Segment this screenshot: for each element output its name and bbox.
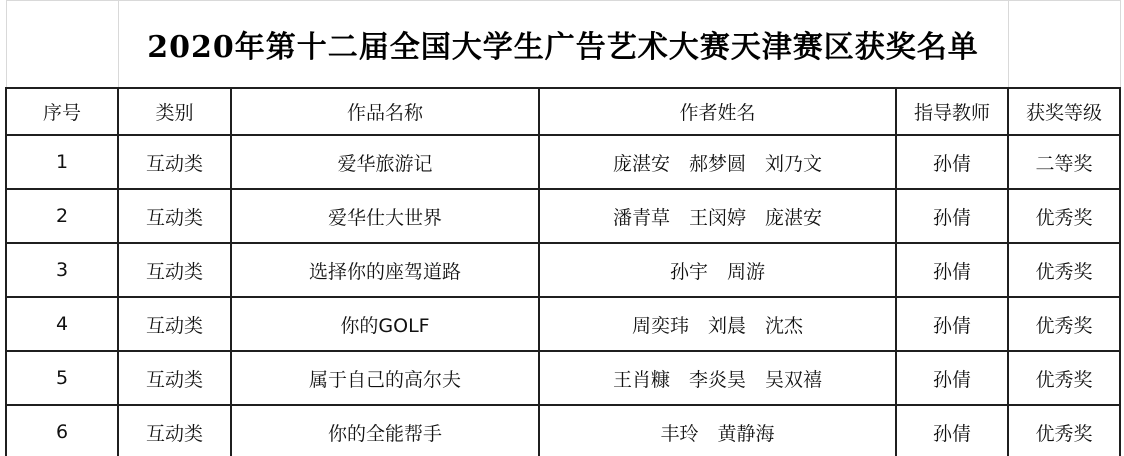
cell-category: 互动类 [118,135,231,189]
cell-award: 优秀奖 [1008,189,1120,243]
cell-authors: 丰玲 黄静海 [539,405,896,456]
cell-award: 二等奖 [1008,135,1120,189]
cell-award: 优秀奖 [1008,297,1120,351]
cell-work: 选择你的座驾道路 [231,243,539,297]
cell-category: 互动类 [118,405,231,456]
award-list-sheet: 2020年第十二届全国大学生广告艺术大赛天津赛区获奖名单 序号 类别 作品名称 … [5,0,1119,456]
cell-authors: 王肖糠 李炎昊 吴双禧 [539,351,896,405]
cell-work: 爱华仕大世界 [231,189,539,243]
cell-authors: 潘青草 王闵婷 庞湛安 [539,189,896,243]
column-header-authors: 作者姓名 [539,88,896,135]
table-row: 4 互动类 你的GOLF 周奕玮 刘晨 沈杰 孙倩 优秀奖 [6,297,1120,351]
table-row: 5 互动类 属于自己的高尔夫 王肖糠 李炎昊 吴双禧 孙倩 优秀奖 [6,351,1120,405]
column-header-award: 获奖等级 [1008,88,1120,135]
table-header-row: 序号 类别 作品名称 作者姓名 指导教师 获奖等级 [6,88,1120,135]
cell-teacher: 孙倩 [896,297,1008,351]
cell-award: 优秀奖 [1008,405,1120,456]
cell-teacher: 孙倩 [896,351,1008,405]
column-header-teacher: 指导教师 [896,88,1008,135]
table-row: 6 互动类 你的全能帮手 丰玲 黄静海 孙倩 优秀奖 [6,405,1120,456]
cell-category: 互动类 [118,351,231,405]
cell-work: 爱华旅游记 [231,135,539,189]
table-row: 2 互动类 爱华仕大世界 潘青草 王闵婷 庞湛安 孙倩 优秀奖 [6,189,1120,243]
title-left-spacer [6,1,118,89]
cell-no: 3 [6,243,118,297]
cell-work: 你的全能帮手 [231,405,539,456]
title-row: 2020年第十二届全国大学生广告艺术大赛天津赛区获奖名单 [6,1,1120,89]
award-table: 2020年第十二届全国大学生广告艺术大赛天津赛区获奖名单 序号 类别 作品名称 … [5,0,1121,456]
cell-no: 2 [6,189,118,243]
cell-authors: 周奕玮 刘晨 沈杰 [539,297,896,351]
page-title: 2020年第十二届全国大学生广告艺术大赛天津赛区获奖名单 [118,1,1008,89]
cell-no: 5 [6,351,118,405]
cell-no: 4 [6,297,118,351]
cell-category: 互动类 [118,297,231,351]
cell-authors: 孙宇 周游 [539,243,896,297]
column-header-category: 类别 [118,88,231,135]
table-row: 3 互动类 选择你的座驾道路 孙宇 周游 孙倩 优秀奖 [6,243,1120,297]
cell-category: 互动类 [118,189,231,243]
cell-no: 6 [6,405,118,456]
cell-teacher: 孙倩 [896,189,1008,243]
title-right-spacer [1008,1,1120,89]
cell-work: 你的GOLF [231,297,539,351]
cell-teacher: 孙倩 [896,405,1008,456]
cell-work: 属于自己的高尔夫 [231,351,539,405]
column-header-no: 序号 [6,88,118,135]
cell-no: 1 [6,135,118,189]
cell-teacher: 孙倩 [896,243,1008,297]
cell-award: 优秀奖 [1008,243,1120,297]
table-row: 1 互动类 爱华旅游记 庞湛安 郝梦圆 刘乃文 孙倩 二等奖 [6,135,1120,189]
cell-teacher: 孙倩 [896,135,1008,189]
cell-award: 优秀奖 [1008,351,1120,405]
cell-category: 互动类 [118,243,231,297]
column-header-work: 作品名称 [231,88,539,135]
cell-authors: 庞湛安 郝梦圆 刘乃文 [539,135,896,189]
